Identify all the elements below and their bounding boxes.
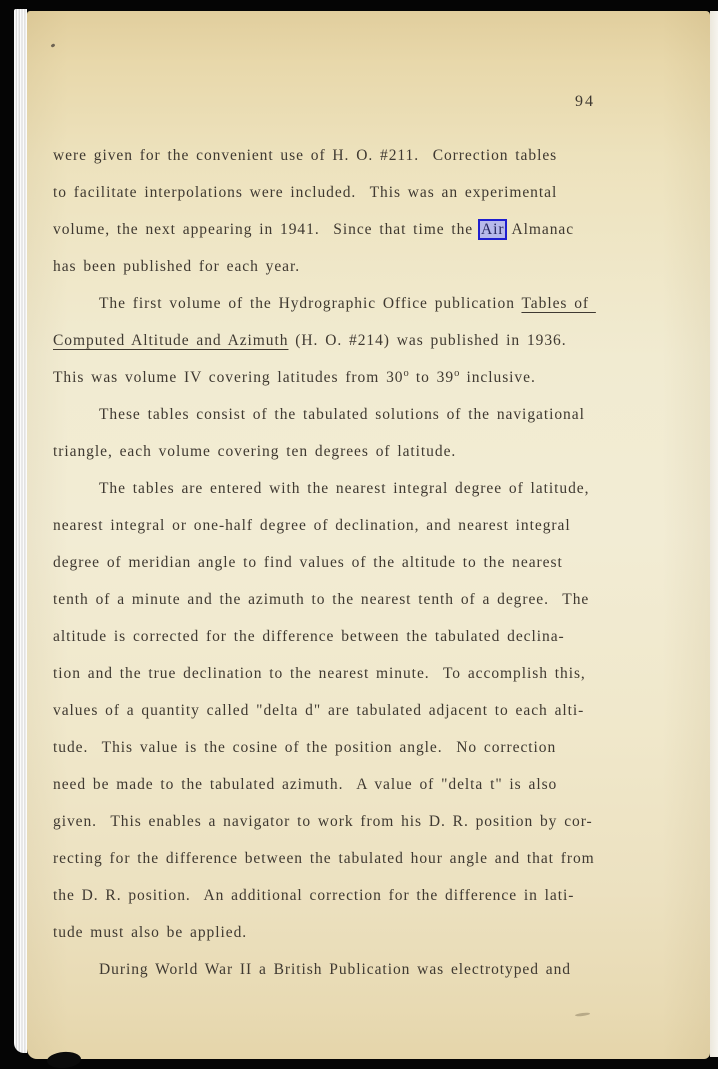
book-page-edges (14, 9, 27, 1053)
text-line: tion and the true declination to the nea… (53, 655, 689, 692)
text-segment: tude must also be applied. (53, 924, 247, 941)
text-line: were given for the convenient use of H. … (53, 137, 689, 174)
text-segment: were given for the convenient use of H. … (53, 147, 557, 164)
text-line: During World War II a British Publicatio… (53, 951, 689, 988)
text-line: tude. This value is the cosine of the po… (53, 729, 689, 766)
text-line: nearest integral or one-half degree of d… (53, 507, 689, 544)
text-segment: volume, the next appearing in 1941. Sinc… (53, 221, 480, 238)
text-segment: Almanac (505, 221, 574, 238)
underlined-text: Computed Altitude and Azimuth (53, 332, 288, 349)
page-number: 94 (575, 93, 595, 111)
text-segment: given. This enables a navigator to work … (53, 813, 593, 830)
text-line: values of a quantity called "delta d" ar… (53, 692, 689, 729)
underlined-text: Tables of (521, 295, 595, 312)
text-segment: The tables are entered with the nearest … (99, 480, 589, 497)
page-text: were given for the convenient use of H. … (53, 137, 689, 988)
text-segment: (H. O. #214) was published in 1936. (288, 332, 566, 349)
text-segment: values of a quantity called "delta d" ar… (53, 702, 584, 719)
text-segment: nearest integral or one-half degree of d… (53, 517, 571, 534)
ink-speck (51, 43, 56, 48)
scanned-page-frame: 94 were given for the convenient use of … (0, 0, 718, 1067)
text-line: These tables consist of the tabulated so… (53, 396, 689, 433)
text-segment: the D. R. position. An additional correc… (53, 887, 574, 904)
document-page: 94 were given for the convenient use of … (27, 11, 710, 1059)
text-line: need be made to the tabulated azimuth. A… (53, 766, 689, 803)
page-right-edge (710, 11, 718, 1057)
text-line: the D. R. position. An additional correc… (53, 877, 689, 914)
text-segment: recting for the difference between the t… (53, 850, 595, 867)
text-segment: altitude is corrected for the difference… (53, 628, 565, 645)
text-segment: tion and the true declination to the nea… (53, 665, 586, 682)
text-line: has been published for each year. (53, 248, 689, 285)
text-line: volume, the next appearing in 1941. Sinc… (53, 211, 689, 248)
text-line: triangle, each volume covering ten degre… (53, 433, 689, 470)
search-highlight: Air (480, 221, 506, 238)
text-line: altitude is corrected for the difference… (53, 618, 689, 655)
text-segment: triangle, each volume covering ten degre… (53, 443, 456, 460)
text-line: tenth of a minute and the azimuth to the… (53, 581, 689, 618)
text-segment: The first volume of the Hydrographic Off… (99, 295, 521, 312)
text-segment: This was volume IV covering latitudes fr… (53, 369, 403, 386)
text-segment: These tables consist of the tabulated so… (99, 406, 585, 423)
text-segment: During World War II a British Publicatio… (99, 961, 571, 978)
text-line: The tables are entered with the nearest … (53, 470, 689, 507)
text-segment: to 39 (409, 369, 454, 386)
text-segment: has been published for each year. (53, 258, 300, 275)
text-line: recting for the difference between the t… (53, 840, 689, 877)
text-segment: degree of meridian angle to find values … (53, 554, 563, 571)
text-line: tude must also be applied. (53, 914, 689, 951)
text-segment: need be made to the tabulated azimuth. A… (53, 776, 557, 793)
text-segment: to facilitate interpolations were includ… (53, 184, 557, 201)
text-segment: tude. This value is the cosine of the po… (53, 739, 556, 756)
text-segment: tenth of a minute and the azimuth to the… (53, 591, 589, 608)
text-line: The first volume of the Hydrographic Off… (53, 285, 689, 322)
text-line: degree of meridian angle to find values … (53, 544, 689, 581)
degree-superscript: o (454, 368, 460, 379)
text-line: given. This enables a navigator to work … (53, 803, 689, 840)
text-line: to facilitate interpolations were includ… (53, 174, 689, 211)
faint-smudge (575, 1012, 590, 1017)
degree-superscript: o (403, 368, 409, 379)
text-segment: inclusive. (460, 369, 536, 386)
text-line: This was volume IV covering latitudes fr… (53, 359, 689, 396)
text-line: Computed Altitude and Azimuth (H. O. #21… (53, 322, 689, 359)
